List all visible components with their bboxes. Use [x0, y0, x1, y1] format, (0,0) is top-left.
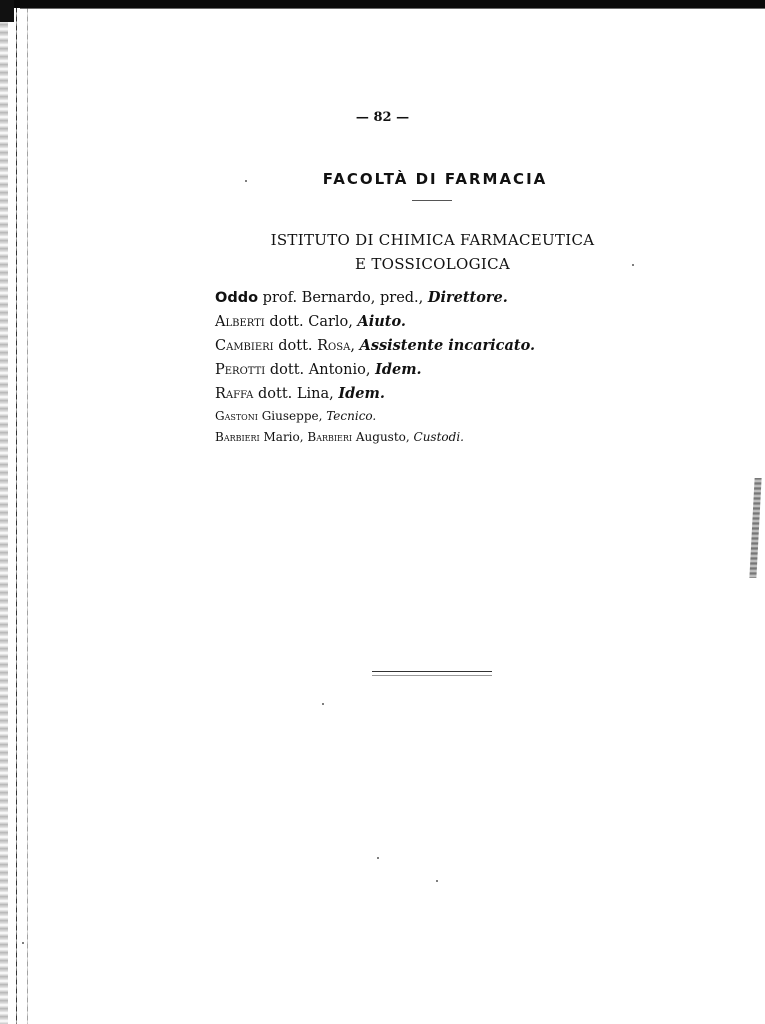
staff-given-name: Rosa: [317, 338, 350, 354]
staff-role: Assistente incaricato.: [360, 337, 536, 354]
staff-role: Custodi.: [414, 430, 464, 444]
staff-surname: Cambieri: [215, 338, 274, 354]
staff-role: Tecnico.: [326, 409, 376, 423]
scan-speck: [322, 703, 324, 705]
scan-margin-line: [16, 8, 17, 1024]
staff-entry: Alberti dott. Carlo, Aiuto.: [215, 310, 535, 334]
staff-list: Oddo prof. Bernardo, pred., Direttore. A…: [215, 286, 535, 448]
staff-details: Giuseppe,: [258, 409, 326, 423]
staff-entry: Cambieri dott. Rosa, Assistente incarica…: [215, 334, 535, 358]
staff-surname: Alberti: [215, 314, 265, 330]
scan-binding-edge: [0, 0, 8, 1024]
faculty-title: FACOLTÀ DI FARMACIA: [0, 170, 765, 188]
staff-surname: Perotti: [215, 362, 265, 378]
scan-corner-shadow: [0, 0, 14, 22]
institute-title: ISTITUTO DI CHIMICA FARMACEUTICA E TOSSI…: [0, 228, 765, 276]
staff-details: dott. Carlo,: [265, 314, 358, 330]
staff-entry: Gastoni Giuseppe, Tecnico.: [215, 406, 535, 427]
staff-details: ,: [350, 338, 359, 354]
scan-margin-line: [27, 8, 28, 1024]
staff-details: Mario,: [260, 430, 308, 444]
scan-top-rule: [20, 8, 765, 9]
staff-entry: Perotti dott. Antonio, Idem.: [215, 358, 535, 382]
scan-speck: [377, 857, 379, 859]
institute-title-line-2: E TOSSICOLOGICA: [0, 252, 765, 276]
scan-right-edge-artifact: [749, 478, 761, 578]
staff-surname: Oddo: [215, 290, 258, 306]
staff-role: Idem.: [338, 385, 385, 402]
staff-surname: Raffa: [215, 386, 253, 402]
staff-details: dott. Antonio,: [265, 362, 375, 378]
staff-role: Aiuto.: [357, 313, 405, 330]
staff-details: dott.: [274, 338, 318, 354]
page-number: — 82 —: [0, 110, 765, 125]
staff-details: Augusto,: [352, 430, 413, 444]
staff-entry: Raffa dott. Lina, Idem.: [215, 382, 535, 406]
section-end-rule: [372, 671, 492, 676]
title-divider: [412, 200, 452, 201]
staff-surname: Barbieri: [307, 430, 352, 444]
staff-details: dott. Lina,: [253, 386, 338, 402]
staff-role: Idem.: [375, 361, 422, 378]
staff-role: Direttore.: [428, 289, 508, 306]
scan-speck: [22, 942, 24, 944]
staff-entry: Barbieri Mario, Barbieri Augusto, Custod…: [215, 427, 535, 448]
staff-surname: Barbieri: [215, 430, 260, 444]
scan-speck: [436, 880, 438, 882]
institute-title-line-1: ISTITUTO DI CHIMICA FARMACEUTICA: [0, 228, 765, 252]
staff-entry: Oddo prof. Bernardo, pred., Direttore.: [215, 286, 535, 310]
scan-top-edge: [0, 0, 765, 8]
staff-details: prof. Bernardo, pred.,: [258, 290, 428, 306]
staff-surname: Gastoni: [215, 409, 258, 423]
